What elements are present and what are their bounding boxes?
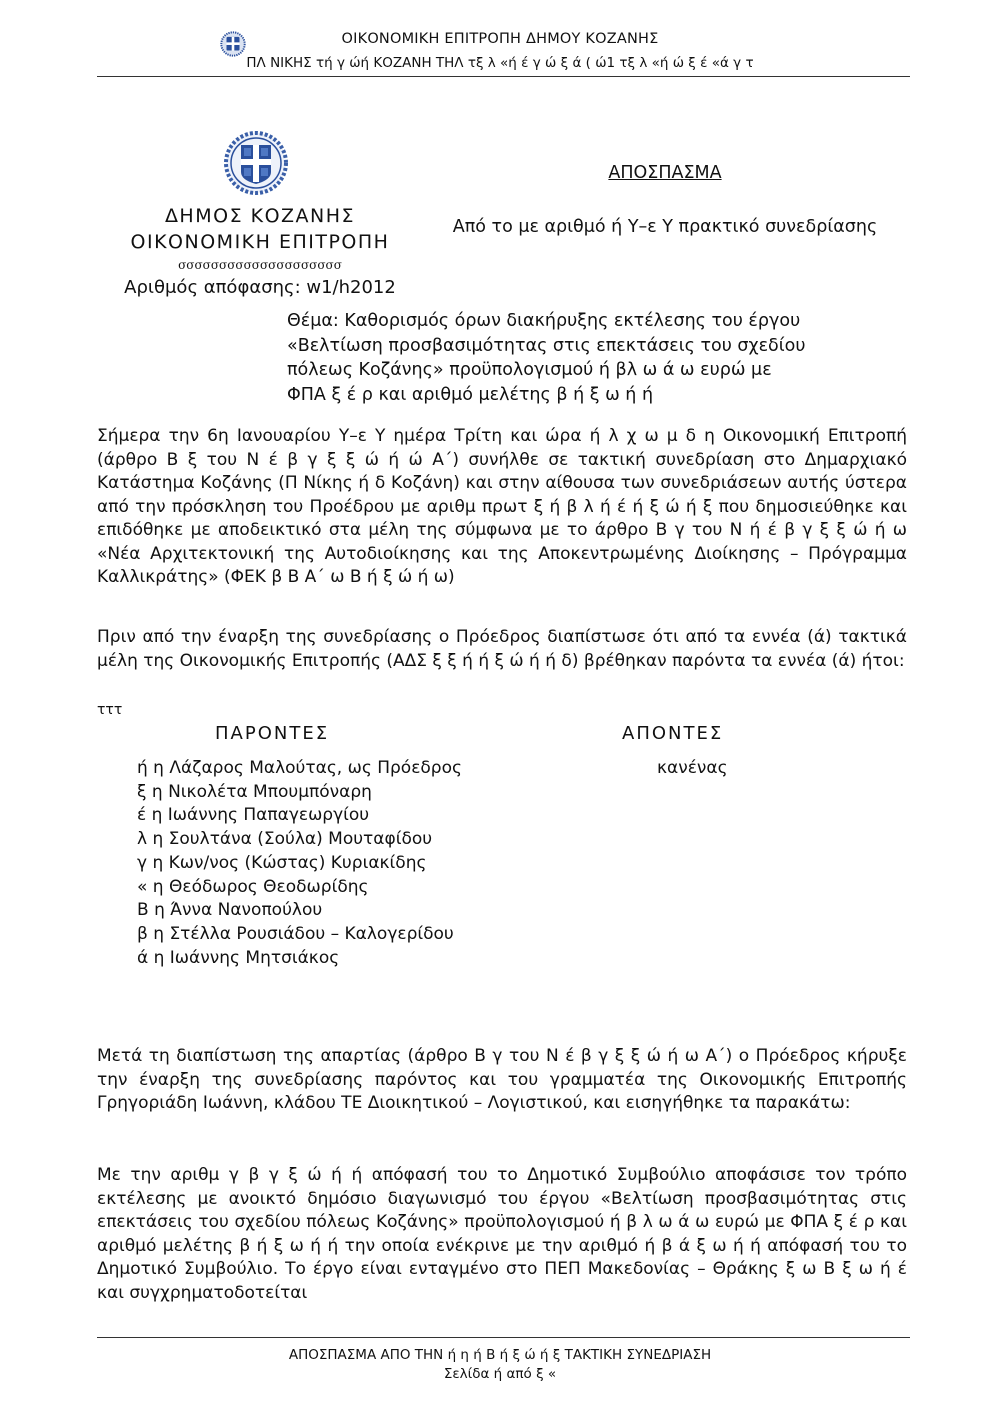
member-name: Σουλτάνα (Σούλα) Μουταφίδου [169,829,432,849]
page-number: Σελίδα ή από ξ « [0,1366,1000,1382]
issuer-block: ΔΗΜΟΣ ΚΟΖΑΝΗΣ ΟΙΚΟΝΟΜΙΚΗ ΕΠΙΤΡΟΠΗ σσσσσσ… [100,203,420,301]
spacer-text: τττ [97,702,122,718]
member-name: Άννα Νανοπούλου [170,900,322,920]
extract-title: ΑΠΟΣΠΑΣΜΑ [430,163,900,183]
decision-number: Αριθμός απόφασης: w1/h2012 [100,275,420,301]
member-name: Κων/νος (Κώστας) Κυριακίδης [169,853,427,873]
subject-text: Καθορισμός όρων διακήρυξης εκτέλεσης του… [344,311,800,331]
member-name: Θεόδωρος Θεοδωρίδης [169,877,368,897]
member-name: Νικολέτα Μπουμπόναρη [168,782,372,802]
footer-title: ΑΠΟΣΠΑΣΜΑ ΑΠΟ ΤΗΝ ή η ή Β ή ξ ώ ή ξ ΤΑΚΤ… [0,1347,1000,1363]
municipality-name: ΔΗΜΟΣ ΚΟΖΑΝΗΣ [100,203,420,229]
footer-divider [97,1337,910,1338]
member-row: ξ η Νικολέτα Μπουμπόναρη [137,781,787,805]
absent-heading: ΑΠΟΝΤΕΣ [622,723,723,744]
subject-line: Θέμα: Καθορισμός όρων διακήρυξης εκτέλεσ… [287,309,902,334]
subject-label: Θέμα: [287,311,339,331]
quorum-paragraph: Πριν από την έναρξη της συνεδρίασης ο Πρ… [97,626,907,673]
member-name: Ιωάννης Μητσιάκος [170,948,339,968]
member-row: έ η Ιωάννης Παπαγεωργίου [137,804,787,828]
opening-paragraph: Μετά τη διαπίστωση της απαρτίας (άρθρο Β… [97,1045,907,1116]
member-row: λ η Σουλτάνα (Σούλα) Μουταφίδου [137,828,787,852]
decision-number-label: Αριθμός απόφασης: [124,277,301,298]
header-divider [97,76,910,77]
subject-line: «Βελτίωση προσβασιμότητας στις επεκτάσει… [287,334,902,359]
members-list: ή η Λάζαρος Μαλούτας, ως Πρόεδρος κανένα… [137,757,787,970]
decision-number-value: w1/h2012 [306,277,395,298]
coat-of-arms-icon [223,130,289,196]
member-row: ή η Λάζαρος Μαλούτας, ως Πρόεδρος κανένα… [137,757,787,781]
member-row: γ η Κων/νος (Κώστας) Κυριακίδης [137,852,787,876]
member-name: Στέλλα Ρουσιάδου – Καλογερίδου [169,924,453,944]
committee-name: ΟΙΚΟΝΟΜΙΚΗ ΕΠΙΤΡΟΠΗ [100,229,420,255]
subject-line: ΦΠΑ ξ έ ρ και αριθμό μελέτης β ή ξ ω ή ή [287,383,902,408]
member-row: « η Θεόδωρος Θεοδωρίδης [137,876,787,900]
proposal-paragraph: Με την αριθμ γ β γ ξ ώ ή ή απόφασή του τ… [97,1164,907,1305]
present-heading: ΠΑΡΟΝΤΕΣ [215,723,329,744]
subject-line: πόλεως Κοζάνης» προϋπολογισμού ή βλ ω ά … [287,358,902,383]
extract-subtitle: Από το με αριθμό ή Υ–ε Υ πρακτικό συνεδρ… [430,217,900,237]
extract-title-text: ΑΠΟΣΠΑΣΜΑ [608,163,721,183]
separator-line: σσσσσσσσσσσσσσσσσσσσ [100,255,420,275]
header-address: ΠΛ ΝΙΚΗΣ τή γ ώή ΚΟΖΑΝΗ ΤΗΛ τξ λ «ή έ γ … [0,55,1000,71]
member-name: Λάζαρος Μαλούτας, ως Πρόεδρος [169,758,462,778]
member-row: β η Στέλλα Ρουσιάδου – Καλογερίδου [137,923,787,947]
absent-value: κανένας [657,757,728,781]
member-row: Β η Άννα Νανοπούλου [137,899,787,923]
member-name: Ιωάννης Παπαγεωργίου [168,805,369,825]
header-title: ΟΙΚΟΝΟΜΙΚΗ ΕΠΙΤΡΟΠΗ ΔΗΜΟΥ ΚΟΖΑΝΗΣ [0,31,1000,47]
subject-block: Θέμα: Καθορισμός όρων διακήρυξης εκτέλεσ… [287,309,902,407]
meeting-intro-paragraph: Σήμερα την 6η Ιανουαρίου Υ–ε Υ ημέρα Τρί… [97,425,907,590]
member-row: ά η Ιωάννης Μητσιάκος [137,947,787,971]
